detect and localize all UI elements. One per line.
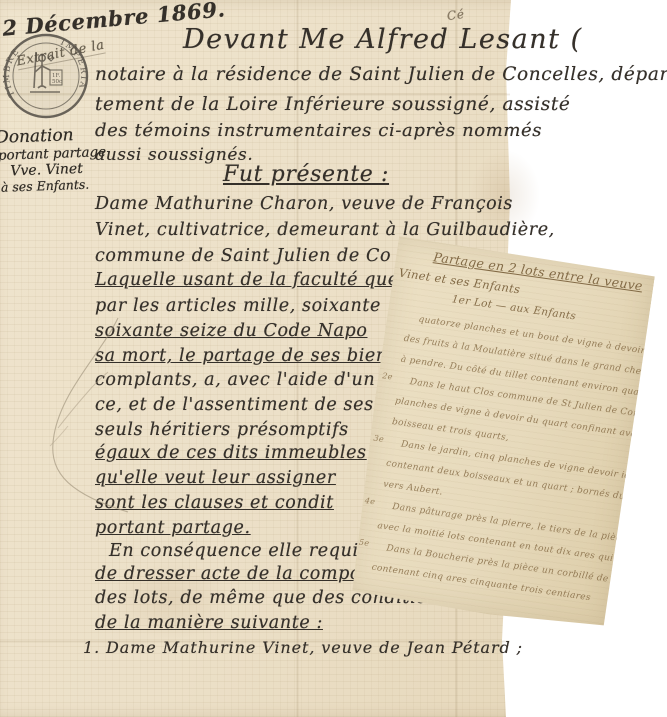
partition-note-sheet: Partage en 2 lots entre la veuve Vinet e… <box>348 236 656 631</box>
document-line: Vinet, cultivatrice, demeurant à la Guil… <box>95 222 555 240</box>
scanned-notarial-document: 2 Décembre 1869. Extrait de la Cé TIMBRE… <box>0 0 667 717</box>
document-line: des témoins instrumentaires ci-après nom… <box>95 122 542 140</box>
document-heading: Fut présente : <box>223 164 389 186</box>
document-line: tement de la Loire Inférieure soussigné,… <box>95 96 570 115</box>
note-item-mark: 2e <box>382 371 394 381</box>
document-line: Laquelle usant de la faculté que <box>95 272 399 290</box>
document-line: Dame Mathurine Charon, veuve de François <box>95 196 513 214</box>
margin-title: Donation portant partage Vve. Vinet à se… <box>0 124 105 195</box>
corner-mark: Cé <box>446 7 465 23</box>
note-item-mark: 4e <box>364 496 376 506</box>
document-line: commune de Saint Julien de Co <box>95 248 391 266</box>
document-line: 1. Dame Mathurine Vinet, veuve de Jean P… <box>83 640 523 656</box>
revenue-stamp: TIMBRE IMPERIAL 1F. 50c <box>2 32 90 120</box>
document-line: de la manière suivante : <box>95 615 323 633</box>
note-item-mark: 3e <box>373 434 385 444</box>
pencil-flourish <box>0 300 150 530</box>
note-item-mark: 5e <box>358 538 370 548</box>
document-line: notaire à la résidence de Saint Julien d… <box>95 66 667 85</box>
document-line: Devant Me Alfred Lesant ( <box>183 26 583 53</box>
stamp-value-bottom: 50c <box>52 79 62 85</box>
document-line: de dresser acte de la composer <box>95 566 391 584</box>
document-line: En conséquence elle requis <box>109 543 368 561</box>
